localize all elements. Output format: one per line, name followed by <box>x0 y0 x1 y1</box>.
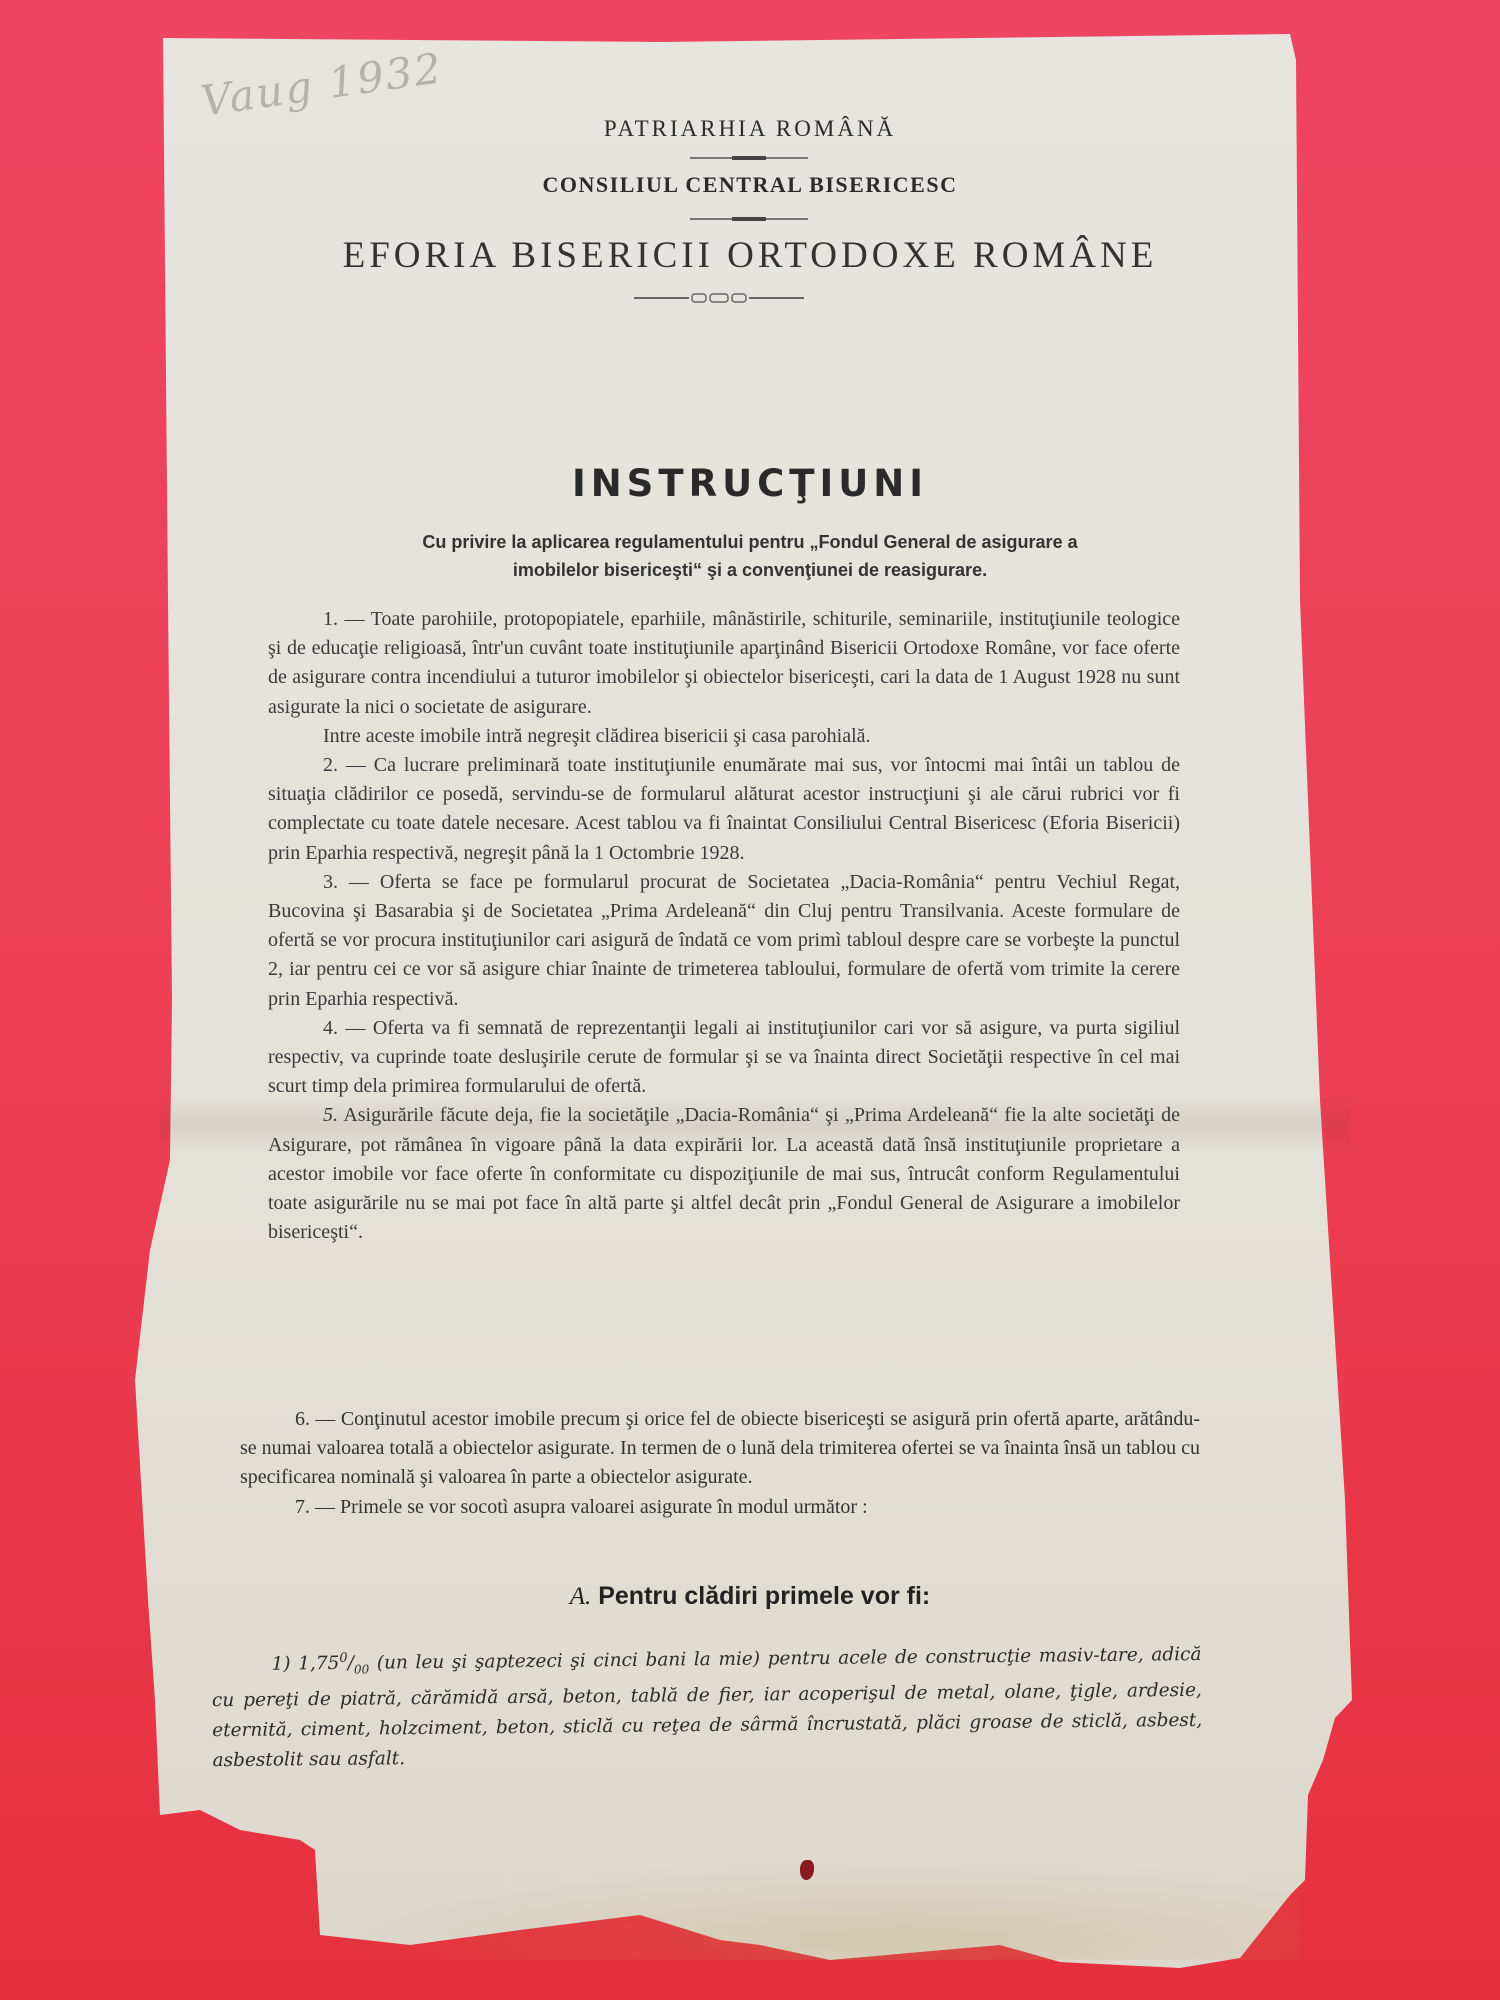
section-1-note: Intre aceste imobile intră negreşit clăd… <box>268 722 1180 751</box>
document-subtitle: Cu privire la aplicarea regulamentului p… <box>0 528 1500 584</box>
section-number: 4. — <box>323 1017 365 1039</box>
section-text: Intre aceste imobile intră negreşit clăd… <box>323 725 871 747</box>
section-number: 7. — <box>295 1496 335 1518</box>
section-3: 3. — Oferta se face pe formularul procur… <box>268 868 1180 1014</box>
per-mille-sup: 0 <box>339 1651 347 1666</box>
header-council: CONSILIUL CENTRAL BISERICESC <box>0 172 1500 198</box>
header-eforia: EFORIA BISERICII ORTODOXE ROMÂNE <box>0 234 1500 277</box>
subtitle-line: imobilelor bisericeşti“ şi a convenţiune… <box>0 556 1500 584</box>
instructions-body: 1. — Toate parohiile, protopopiatele, ep… <box>268 605 1180 1247</box>
section-2: 2. — Ca lucrare preliminară toate instit… <box>268 751 1180 868</box>
section-text: Oferta se face pe formularul procurat de… <box>268 871 1180 1010</box>
section-7: 7. — Primele se vor socotì asupra valoar… <box>240 1493 1200 1522</box>
section-number: 6. — <box>295 1408 335 1430</box>
section-6: 6. — Conţinutul acestor imobile precum ş… <box>240 1405 1200 1493</box>
per-mille-sub: 00 <box>354 1662 369 1676</box>
document-title: INSTRUCŢIUNI <box>0 462 1500 505</box>
instructions-body-continued: 6. — Conţinutul acestor imobile precum ş… <box>240 1405 1200 1522</box>
header-patriarchate: PATRIARHIA ROMÂNĂ <box>0 116 1500 142</box>
section-number: 2. — <box>323 754 366 776</box>
subtitle-line: Cu privire la aplicarea regulamentului p… <box>0 528 1500 556</box>
rate-item-label: 1) <box>271 1654 290 1675</box>
section-number: 5. <box>323 1104 338 1126</box>
section-text: Oferta va fi semnată de reprezentanţii l… <box>268 1017 1180 1097</box>
section-number: 1. — <box>323 608 365 630</box>
section-a-prefix: A. <box>570 1583 592 1610</box>
section-a-heading: A. Pentru clădiri primele vor fi: <box>0 1582 1500 1611</box>
section-text: Ca lucrare preliminară toate instituţiun… <box>268 754 1180 864</box>
rate-item-1: 1) 1,750/00 (un leu şi şaptezeci şi cinc… <box>211 1635 1202 1776</box>
section-text: Primele se vor socotì asupra valoarei as… <box>340 1496 868 1518</box>
header-divider <box>690 218 808 220</box>
section-a-title: Pentru clădiri primele vor fi: <box>598 1582 930 1610</box>
section-text: Toate parohiile, protopopiatele, eparhii… <box>268 608 1180 718</box>
ornament-divider <box>634 293 804 303</box>
section-text: Asigurările făcute deja, fie la societăţ… <box>268 1104 1180 1243</box>
section-number: 3. — <box>323 871 369 893</box>
section-text: Conţinutul acestor imobile precum şi ori… <box>240 1408 1200 1488</box>
rate-value: 1,75 <box>298 1653 339 1674</box>
section-1: 1. — Toate parohiile, protopopiatele, ep… <box>268 605 1180 722</box>
header-divider <box>690 157 808 159</box>
section-5: 5. Asigurările făcute deja, fie la socie… <box>268 1101 1180 1247</box>
section-4: 4. — Oferta va fi semnată de reprezentan… <box>268 1014 1180 1102</box>
